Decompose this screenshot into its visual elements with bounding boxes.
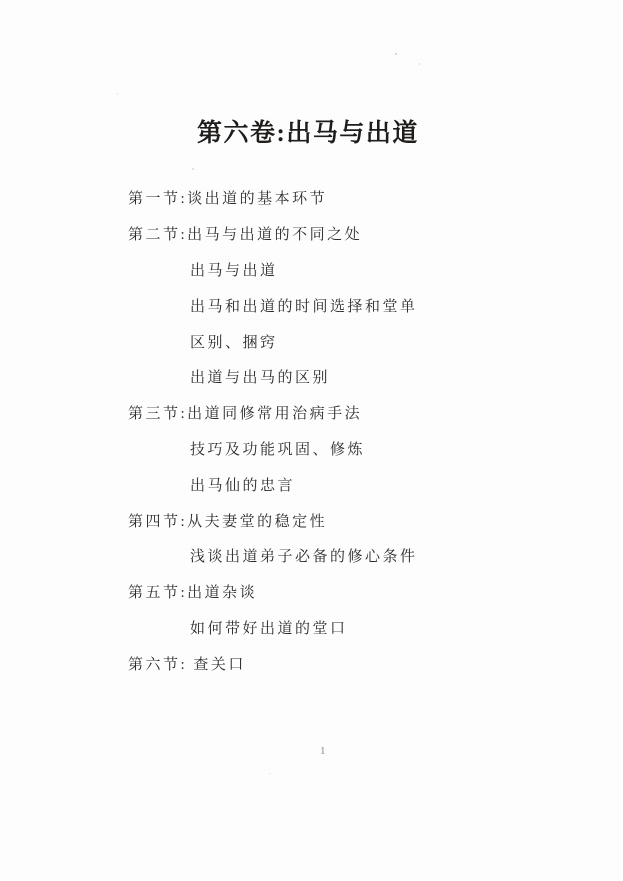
toc-entry-section-1: 第一节:谈出道的基本环节 bbox=[128, 180, 568, 216]
toc-entry-sub: 出道与出马的区别 bbox=[128, 359, 568, 395]
scan-speck bbox=[395, 53, 397, 55]
toc-entry-section-4: 第四节:从夫妻堂的稳定性 bbox=[128, 502, 568, 538]
toc-entry-sub: 出马和出道的时间选择和堂单 bbox=[128, 287, 568, 323]
toc-entry-sub: 区别、捆窍 bbox=[128, 323, 568, 359]
scanned-page: 第六卷:出马与出道 第一节:谈出道的基本环节 第二节:出马与出道的不同之处 出马… bbox=[0, 0, 623, 881]
toc-entry-sub: 出马与出道 bbox=[128, 252, 568, 288]
page-number: 1 bbox=[320, 745, 326, 757]
toc-entry-sub: 出马仙的忠言 bbox=[128, 466, 568, 502]
toc-entry-sub: 技巧及功能巩固、修炼 bbox=[128, 431, 568, 467]
scan-speck bbox=[269, 773, 271, 774]
toc-entry-section-6: 第六节: 查关口 bbox=[128, 645, 568, 681]
scan-speck bbox=[117, 93, 118, 95]
toc-entry-sub: 如何带好出道的堂口 bbox=[128, 610, 568, 646]
table-of-contents: 第一节:谈出道的基本环节 第二节:出马与出道的不同之处 出马与出道 出马和出道的… bbox=[128, 180, 568, 681]
toc-entry-section-3: 第三节:出道同修常用治病手法 bbox=[128, 395, 568, 431]
toc-entry-section-5: 第五节:出道杂谈 bbox=[128, 574, 568, 610]
scan-speck bbox=[419, 63, 420, 65]
toc-entry-sub: 浅谈出道弟子必备的修心条件 bbox=[128, 538, 568, 574]
toc-entry-section-2: 第二节:出马与出道的不同之处 bbox=[128, 216, 568, 252]
page-title: 第六卷:出马与出道 bbox=[197, 113, 419, 149]
scan-speck bbox=[192, 168, 194, 170]
